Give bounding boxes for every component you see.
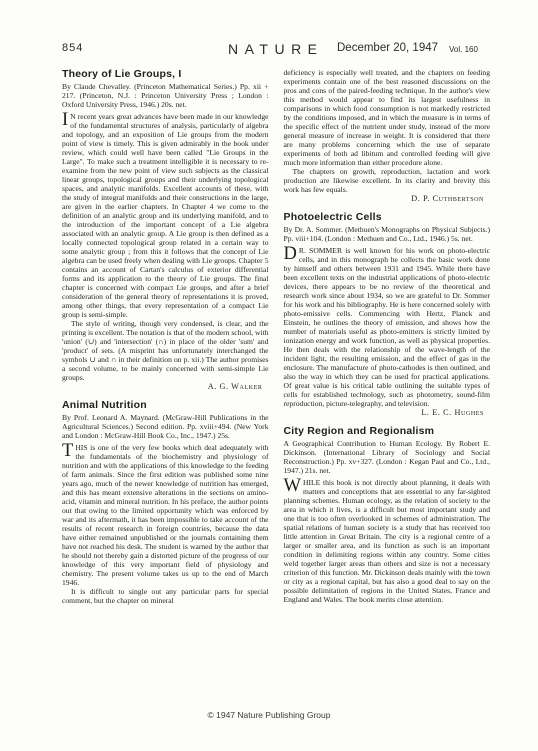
volume-label: Vol. 160 xyxy=(449,45,478,54)
review-paragraph: It is difficult to single out any partic… xyxy=(62,587,269,605)
left-column: Theory of Lie Groups, I By Claude Cheval… xyxy=(62,68,269,605)
article-title-city-region: City Region and Regionalism xyxy=(284,425,491,437)
right-column: deficiency is especially well treated, a… xyxy=(284,68,491,605)
dropcap-initial: I xyxy=(62,112,70,129)
review-paragraph: The chapters on growth, reproduction, la… xyxy=(284,167,491,194)
two-column-layout: Theory of Lie Groups, I By Claude Cheval… xyxy=(62,68,490,605)
paragraph-text: HILE this book is not directly about pla… xyxy=(284,478,491,604)
article-byline-city-region: A Geographical Contribution to Human Eco… xyxy=(284,439,491,475)
reviewer-signature: A. G. Walker xyxy=(62,382,269,392)
review-paragraph: DR. SOMMER is well known for his work on… xyxy=(284,246,491,408)
article-byline-photoelectric-cells: By Dr. A. Sommer. (Methuen's Monographs … xyxy=(284,225,491,243)
article-byline-animal-nutrition: By Prof. Leonard A. Maynard. (McGraw-Hil… xyxy=(62,413,269,440)
journal-title: NATURE xyxy=(228,41,324,57)
paragraph-text: HIS is one of the very few books which d… xyxy=(62,443,269,587)
article-title-photoelectric-cells: Photoelectric Cells xyxy=(284,211,491,223)
dropcap-initial: T xyxy=(62,443,75,460)
review-paragraph: WHILE this book is not directly about pl… xyxy=(284,478,491,604)
paragraph-text: N recent years great advances have been … xyxy=(62,112,269,319)
page-number: 854 xyxy=(62,42,83,54)
dropcap-initial: W xyxy=(284,478,303,495)
issue-date: December 20, 1947 xyxy=(337,42,438,54)
footer-copyright: © 1947 Nature Publishing Group xyxy=(0,710,538,720)
paragraph-text: R. SOMMER is well known for his work on … xyxy=(284,246,491,408)
article-title-animal-nutrition: Animal Nutrition xyxy=(62,399,269,411)
page-header: 854 NATURE December 20, 1947 Vol. 160 xyxy=(0,42,538,60)
reviewer-signature: D. P. Cuthbertson xyxy=(284,194,491,204)
review-paragraph: THIS is one of the very few books which … xyxy=(62,443,269,587)
review-paragraph-continuation: deficiency is especially well treated, a… xyxy=(284,68,491,167)
reviewer-signature: L. E. C. Hughes xyxy=(284,408,491,418)
article-byline-lie-groups: By Claude Chevalley. (Princeton Mathemat… xyxy=(62,82,269,109)
dropcap-initial: D xyxy=(284,246,299,263)
review-paragraph: The style of writing, though very conden… xyxy=(62,319,269,382)
review-paragraph: IN recent years great advances have been… xyxy=(62,112,269,319)
article-title-lie-groups: Theory of Lie Groups, I xyxy=(62,68,269,80)
